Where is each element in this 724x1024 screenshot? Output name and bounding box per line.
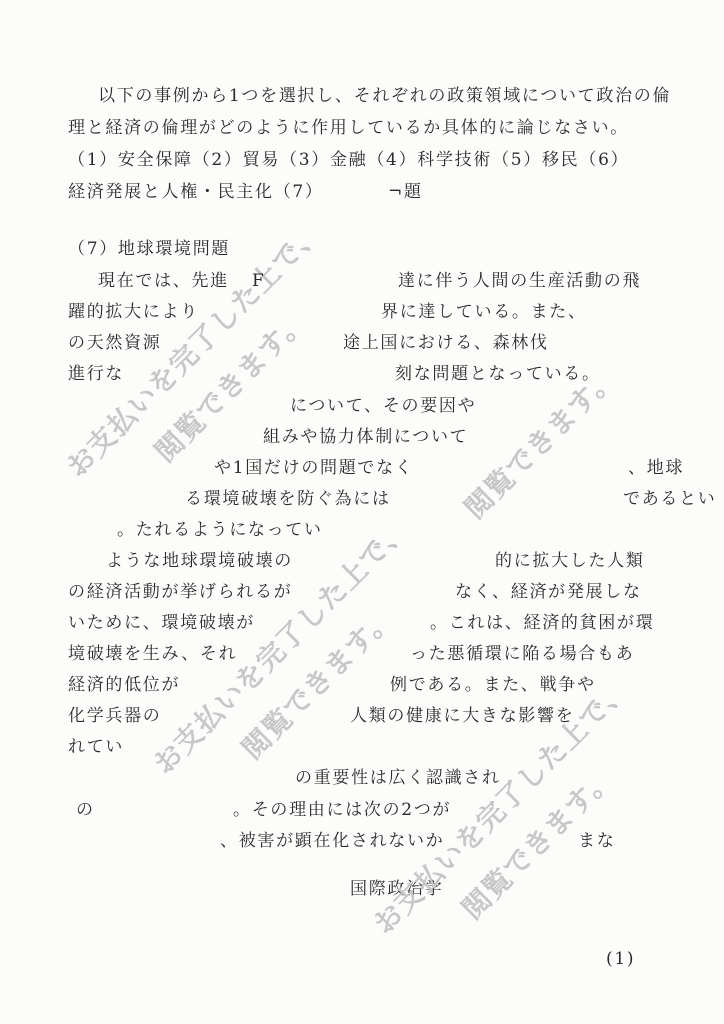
text-segment: ¬題 [388,182,423,203]
text-segment: なく、経済が発展しな [455,582,642,603]
text-segment: F [252,271,266,292]
document-page: お支払いを完了した上で、閲覧できます。お支払いを完了した上で、閲覧できます。閲覧… [0,0,724,1024]
text-segment: 界に達している。また、 [381,302,587,323]
text-segment: 的に拡大した人類 [495,551,645,572]
text-segment: 刻な問題となっている。 [395,364,601,385]
text-segment: （7）地球環境問題 [68,239,230,260]
text-segment: の経済活動が挙げられるが [68,582,292,603]
text-segment: 。たれるようになってい [117,520,323,541]
document-text-layer: 以下の事例から1つを選択し、それぞれの政策領域について政治の倫理と経済の倫理がど… [0,0,724,1024]
text-segment: 組みや協力体制について [263,427,468,448]
text-segment: の [76,800,95,821]
text-segment: る環境破壊を防ぐ為には [185,489,391,510]
text-segment: について、その要因や [290,396,476,417]
text-segment: 、被害が顕在化されないか [220,831,444,852]
text-segment: 境破壊を生み、それ [68,644,237,665]
text-segment: の重要性は広く認識され [295,768,501,789]
text-segment: 以下の事例から1つを選択し、それぞれの政策領域について政治の倫 [98,86,671,107]
text-segment: 現在では、先進 [98,271,229,292]
text-segment: や1国だけの問題でなく [214,458,414,479]
text-segment: った悪循環に陥る場合もあ [410,644,634,665]
text-segment: 、地球 [628,458,684,479]
text-segment: であるとい [623,489,717,510]
text-segment: 例である。また、戦争や [390,675,596,696]
text-segment: 化学兵器の [68,706,162,727]
text-segment: いために、環境破壊が [68,613,255,634]
text-segment: 経済発展と人権・民主化（7） [68,182,324,203]
text-segment: 理と経済の倫理がどのように作用しているか具体的に論じなさい。 [68,118,629,139]
text-segment: 進行な [68,364,124,385]
text-segment: （1）安全保障（2）貿易（3）金融（4）科学技術（5）移民（6） [68,150,629,171]
text-segment: の天然資源 [68,333,162,354]
text-segment: ような地球環境破壊の [106,551,293,572]
text-segment: 経済的低位が [68,675,180,696]
text-segment: れてい [68,737,124,758]
text-segment: まな [578,831,615,852]
text-segment: 。これは、経済的貧困が環 [430,613,654,634]
text-segment: 躍的拡大により [68,302,199,323]
text-segment: 達に伴う人間の生産活動の飛 [398,271,641,292]
text-segment: 。その理由には次の2つが [233,800,451,821]
text-segment: 人類の健康に大きな影響を [350,706,574,727]
text-segment: 途上国における、森林伐 [343,333,549,354]
